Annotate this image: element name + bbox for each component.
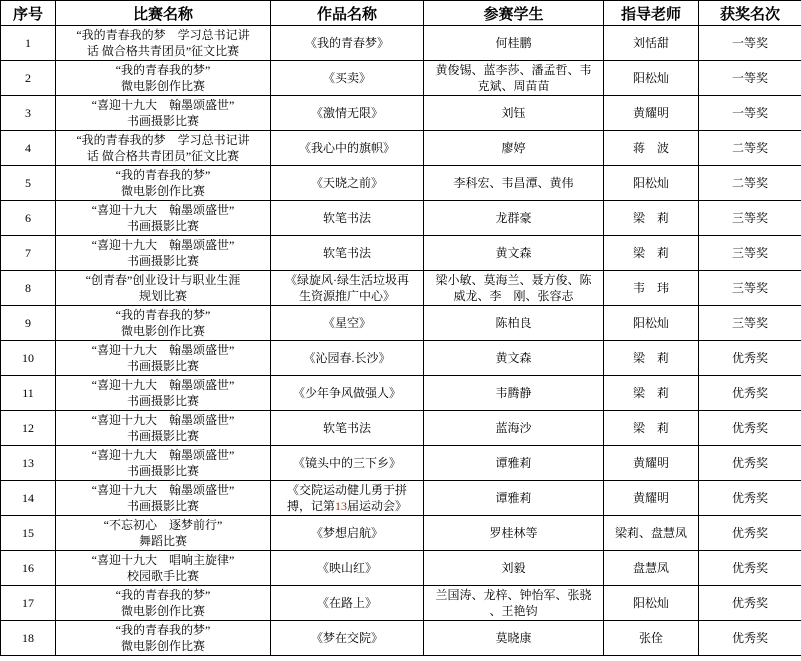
- students-cell: 兰国涛、龙梓、钟怡军、张骁 、王艳钧: [424, 586, 604, 621]
- row-number-cell: 10: [1, 341, 56, 376]
- table-row: 5 “我的青春我的梦” 微电影创作比赛 《天晓之前》 李科宏、韦昌潭、黄伟 阳松…: [1, 166, 801, 201]
- students-cell: 黄俊锡、蓝李莎、潘孟哲、韦 克斌、周苗苗: [424, 61, 604, 96]
- teacher-cell: 阳松灿: [604, 61, 699, 96]
- work-name-cell: 软笔书法: [271, 411, 424, 446]
- students-cell: 李科宏、韦昌潭、黄伟: [424, 166, 604, 201]
- competition-name-cell: “喜迎十九大 翰墨颂盛世” 书画摄影比赛: [56, 481, 271, 516]
- work-name-cell: 《绿旋风·绿生活垃圾再 生资源推广中心》: [271, 271, 424, 306]
- students-cell: 韦腾静: [424, 376, 604, 411]
- teacher-cell: 阳松灿: [604, 306, 699, 341]
- table-row: 17 “我的青春我的梦” 微电影创作比赛 《在路上》 兰国涛、龙梓、钟怡军、张骁…: [1, 586, 801, 621]
- competition-name-cell: “喜迎十九大 翰墨颂盛世” 书画摄影比赛: [56, 341, 271, 376]
- work-name-cell: 《激情无限》: [271, 96, 424, 131]
- award-cell: 一等奖: [699, 61, 801, 96]
- work-title-highlighted-number: 13: [335, 499, 347, 513]
- competition-name-cell: “我的青春我的梦 学习总书记讲 话 做合格共青团员”征文比赛: [56, 131, 271, 166]
- table-row: 13 “喜迎十九大 翰墨颂盛世” 书画摄影比赛 《镜头中的三下乡》 谭雅莉 黄耀…: [1, 446, 801, 481]
- award-cell: 二等奖: [699, 166, 801, 201]
- award-cell: 优秀奖: [699, 551, 801, 586]
- work-name-cell: 《星空》: [271, 306, 424, 341]
- competition-name-cell: “我的青春我的梦” 微电影创作比赛: [56, 306, 271, 341]
- teacher-cell: 梁 莉: [604, 376, 699, 411]
- table-row: 9 “我的青春我的梦” 微电影创作比赛 《星空》 陈柏良 阳松灿 三等奖: [1, 306, 801, 341]
- row-number-cell: 13: [1, 446, 56, 481]
- award-cell: 优秀奖: [699, 341, 801, 376]
- row-number-cell: 1: [1, 26, 56, 61]
- awards-table-body: 1 “我的青春我的梦 学习总书记讲 话 做合格共青团员”征文比赛 《我的青春梦》…: [1, 26, 801, 656]
- students-cell: 谭雅莉: [424, 481, 604, 516]
- award-cell: 优秀奖: [699, 376, 801, 411]
- work-name-cell: 《少年争风做强人》: [271, 376, 424, 411]
- col-header-award: 获奖名次: [699, 1, 801, 26]
- students-cell: 何桂鹏: [424, 26, 604, 61]
- award-cell: 优秀奖: [699, 621, 801, 656]
- row-number-cell: 6: [1, 201, 56, 236]
- competition-name-cell: “喜迎十九大 翰墨颂盛世” 书画摄影比赛: [56, 446, 271, 481]
- teacher-cell: 黄耀明: [604, 446, 699, 481]
- award-cell: 三等奖: [699, 236, 801, 271]
- competition-name-cell: “喜迎十九大 翰墨颂盛世” 书画摄影比赛: [56, 411, 271, 446]
- teacher-cell: 梁 莉: [604, 201, 699, 236]
- col-header-number: 序号: [1, 1, 56, 26]
- students-cell: 陈柏良: [424, 306, 604, 341]
- work-name-cell: 《镜头中的三下乡》: [271, 446, 424, 481]
- teacher-cell: 刘恬甜: [604, 26, 699, 61]
- row-number-cell: 14: [1, 481, 56, 516]
- competition-name-cell: “喜迎十九大 唱响主旋律” 校园歌手比赛: [56, 551, 271, 586]
- table-row: 6 “喜迎十九大 翰墨颂盛世” 书画摄影比赛 软笔书法 龙群豪 梁 莉 三等奖: [1, 201, 801, 236]
- awards-table-header: 序号 比赛名称 作品名称 参赛学生 指导老师 获奖名次: [1, 1, 801, 26]
- row-number-cell: 18: [1, 621, 56, 656]
- students-cell: 刘钰: [424, 96, 604, 131]
- table-row: 2 “我的青春我的梦” 微电影创作比赛 《买卖》 黄俊锡、蓝李莎、潘孟哲、韦 克…: [1, 61, 801, 96]
- award-cell: 二等奖: [699, 131, 801, 166]
- teacher-cell: 黄耀明: [604, 481, 699, 516]
- work-name-cell: 《梦在交院》: [271, 621, 424, 656]
- table-row: 12 “喜迎十九大 翰墨颂盛世” 书画摄影比赛 软笔书法 蓝海沙 梁 莉 优秀奖: [1, 411, 801, 446]
- table-row: 10 “喜迎十九大 翰墨颂盛世” 书画摄影比赛 《沁园春.长沙》 黄文森 梁 莉…: [1, 341, 801, 376]
- row-number-cell: 11: [1, 376, 56, 411]
- row-number-cell: 4: [1, 131, 56, 166]
- work-name-cell: 《买卖》: [271, 61, 424, 96]
- teacher-cell: 盘慧凤: [604, 551, 699, 586]
- work-name-cell: 《我的青春梦》: [271, 26, 424, 61]
- table-row: 3 “喜迎十九大 翰墨颂盛世” 书画摄影比赛 《激情无限》 刘钰 黄耀明 一等奖: [1, 96, 801, 131]
- competition-name-cell: “我的青春我的梦 学习总书记讲 话 做合格共青团员”征文比赛: [56, 26, 271, 61]
- row-number-cell: 2: [1, 61, 56, 96]
- students-cell: 罗桂林等: [424, 516, 604, 551]
- work-name-cell: 《在路上》: [271, 586, 424, 621]
- table-row: 16 “喜迎十九大 唱响主旋律” 校园歌手比赛 《映山红》 刘毅 盘慧凤 优秀奖: [1, 551, 801, 586]
- award-cell: 三等奖: [699, 306, 801, 341]
- students-cell: 廖婷: [424, 131, 604, 166]
- row-number-cell: 17: [1, 586, 56, 621]
- award-cell: 优秀奖: [699, 516, 801, 551]
- award-cell: 优秀奖: [699, 411, 801, 446]
- award-cell: 一等奖: [699, 96, 801, 131]
- award-cell: 优秀奖: [699, 481, 801, 516]
- work-name-cell: 《交院运动健儿勇于拼 搏，记第13届运动会》: [271, 481, 424, 516]
- competition-name-cell: “不忘初心 逐梦前行” 舞蹈比赛: [56, 516, 271, 551]
- competition-name-cell: “我的青春我的梦” 微电影创作比赛: [56, 586, 271, 621]
- teacher-cell: 黄耀明: [604, 96, 699, 131]
- teacher-cell: 阳松灿: [604, 166, 699, 201]
- students-cell: 黄文森: [424, 236, 604, 271]
- table-row: 1 “我的青春我的梦 学习总书记讲 话 做合格共青团员”征文比赛 《我的青春梦》…: [1, 26, 801, 61]
- col-header-work: 作品名称: [271, 1, 424, 26]
- students-cell: 梁小敏、莫海兰、聂方俊、陈 威龙、李 刚、张容志: [424, 271, 604, 306]
- teacher-cell: 梁 莉: [604, 236, 699, 271]
- work-name-cell: 《沁园春.长沙》: [271, 341, 424, 376]
- work-name-cell: 《我心中的旗帜》: [271, 131, 424, 166]
- competition-name-cell: “我的青春我的梦” 微电影创作比赛: [56, 166, 271, 201]
- competition-name-cell: “喜迎十九大 翰墨颂盛世” 书画摄影比赛: [56, 96, 271, 131]
- table-row: 4 “我的青春我的梦 学习总书记讲 话 做合格共青团员”征文比赛 《我心中的旗帜…: [1, 131, 801, 166]
- col-header-competition: 比赛名称: [56, 1, 271, 26]
- row-number-cell: 12: [1, 411, 56, 446]
- teacher-cell: 梁莉、盘慧凤: [604, 516, 699, 551]
- header-row: 序号 比赛名称 作品名称 参赛学生 指导老师 获奖名次: [1, 1, 801, 26]
- competition-name-cell: “我的青春我的梦” 微电影创作比赛: [56, 621, 271, 656]
- teacher-cell: 阳松灿: [604, 586, 699, 621]
- work-name-cell: 软笔书法: [271, 201, 424, 236]
- work-name-cell: 《天晓之前》: [271, 166, 424, 201]
- row-number-cell: 15: [1, 516, 56, 551]
- competition-name-cell: “创青春”创业设计与职业生涯 规划比赛: [56, 271, 271, 306]
- teacher-cell: 梁 莉: [604, 341, 699, 376]
- awards-table: 序号 比赛名称 作品名称 参赛学生 指导老师 获奖名次 1 “我的青春我的梦 学…: [0, 0, 801, 656]
- award-cell: 三等奖: [699, 201, 801, 236]
- col-header-teacher: 指导老师: [604, 1, 699, 26]
- competition-name-cell: “我的青春我的梦” 微电影创作比赛: [56, 61, 271, 96]
- teacher-cell: 韦 玮: [604, 271, 699, 306]
- table-row: 7 “喜迎十九大 翰墨颂盛世” 书画摄影比赛 软笔书法 黄文森 梁 莉 三等奖: [1, 236, 801, 271]
- award-cell: 优秀奖: [699, 446, 801, 481]
- competition-name-cell: “喜迎十九大 翰墨颂盛世” 书画摄影比赛: [56, 201, 271, 236]
- col-header-students: 参赛学生: [424, 1, 604, 26]
- competition-name-cell: “喜迎十九大 翰墨颂盛世” 书画摄影比赛: [56, 236, 271, 271]
- students-cell: 蓝海沙: [424, 411, 604, 446]
- work-name-cell: 《映山红》: [271, 551, 424, 586]
- students-cell: 龙群豪: [424, 201, 604, 236]
- work-name-cell: 《梦想启航》: [271, 516, 424, 551]
- work-title-part: 届运动会》: [347, 499, 407, 513]
- award-cell: 优秀奖: [699, 586, 801, 621]
- award-cell: 一等奖: [699, 26, 801, 61]
- award-cell: 三等奖: [699, 271, 801, 306]
- students-cell: 刘毅: [424, 551, 604, 586]
- students-cell: 谭雅莉: [424, 446, 604, 481]
- teacher-cell: 梁 莉: [604, 411, 699, 446]
- students-cell: 莫晓康: [424, 621, 604, 656]
- row-number-cell: 3: [1, 96, 56, 131]
- row-number-cell: 5: [1, 166, 56, 201]
- row-number-cell: 7: [1, 236, 56, 271]
- table-row: 18 “我的青春我的梦” 微电影创作比赛 《梦在交院》 莫晓康 张佺 优秀奖: [1, 621, 801, 656]
- work-name-cell: 软笔书法: [271, 236, 424, 271]
- competition-name-cell: “喜迎十九大 翰墨颂盛世” 书画摄影比赛: [56, 376, 271, 411]
- teacher-cell: 张佺: [604, 621, 699, 656]
- table-row: 14 “喜迎十九大 翰墨颂盛世” 书画摄影比赛 《交院运动健儿勇于拼 搏，记第1…: [1, 481, 801, 516]
- teacher-cell: 蒋 波: [604, 131, 699, 166]
- table-row: 15 “不忘初心 逐梦前行” 舞蹈比赛 《梦想启航》 罗桂林等 梁莉、盘慧凤 优…: [1, 516, 801, 551]
- table-row: 11 “喜迎十九大 翰墨颂盛世” 书画摄影比赛 《少年争风做强人》 韦腾静 梁 …: [1, 376, 801, 411]
- table-row: 8 “创青春”创业设计与职业生涯 规划比赛 《绿旋风·绿生活垃圾再 生资源推广中…: [1, 271, 801, 306]
- row-number-cell: 9: [1, 306, 56, 341]
- row-number-cell: 8: [1, 271, 56, 306]
- row-number-cell: 16: [1, 551, 56, 586]
- students-cell: 黄文森: [424, 341, 604, 376]
